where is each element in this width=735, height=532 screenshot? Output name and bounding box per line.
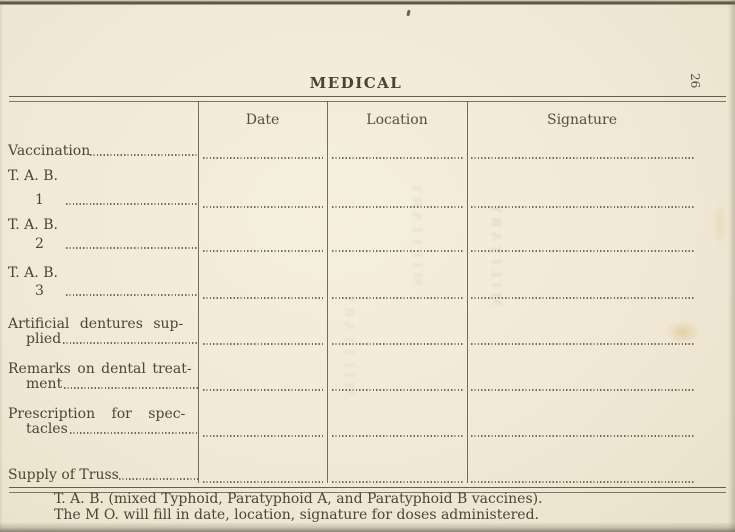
- row-label-text: tacles: [26, 422, 68, 437]
- double-rule-top: [9, 96, 726, 102]
- row-label-text: Prescription for spec-: [8, 407, 185, 422]
- dotted-leader: [63, 342, 198, 344]
- scan-right-edge: [728, 0, 735, 532]
- row-label: T. A. B. 2: [8, 218, 198, 252]
- scan-top-edge: [0, 0, 735, 6]
- location-entry-line: [332, 481, 463, 483]
- row-label-text: Remarks on dental treat-: [8, 362, 192, 377]
- location-entry-line: [332, 297, 463, 299]
- row-label: T. A. B. 3: [8, 266, 198, 299]
- row-label: Artificial dentures sup- plied: [8, 317, 198, 345]
- signature-entry-line: [471, 481, 694, 483]
- dotted-leader: [64, 387, 198, 389]
- location-entry-line: [332, 343, 463, 345]
- page-title: MEDICAL: [0, 74, 712, 92]
- date-entry-line: [203, 343, 323, 345]
- signature-entry-line: [471, 297, 694, 299]
- row-label-text: Artificial dentures sup-: [8, 317, 183, 332]
- row-label-text: T. A. B.: [8, 266, 58, 281]
- dotted-leader: [66, 247, 198, 249]
- date-entry-line: [203, 206, 323, 208]
- row-tab-3: T. A. B. 3: [0, 266, 735, 299]
- row-dental-remarks: Remarks on dental treat- ment: [0, 362, 735, 391]
- scan-left-edge: [0, 0, 3, 532]
- signature-entry-line: [471, 435, 694, 437]
- row-label-number: 2: [35, 237, 44, 252]
- footnote-mo-instruction: The M O. will fill in date, location, si…: [54, 508, 543, 524]
- row-vaccination: Vaccination: [0, 138, 735, 159]
- row-tab-2: T. A. B. 2: [0, 218, 735, 252]
- date-entry-line: [203, 250, 323, 252]
- signature-entry-line: [471, 343, 694, 345]
- scanned-medical-form-page: MILITARY MILITARY MILITARY MEDICAL 26 Da…: [0, 0, 735, 532]
- dotted-leader: [66, 203, 198, 205]
- dotted-leader: [66, 294, 198, 296]
- column-header-signature: Signature: [467, 112, 697, 128]
- stray-ink-mark: [406, 10, 410, 17]
- location-entry-line: [332, 157, 463, 159]
- row-label-number: 1: [35, 193, 44, 208]
- footnotes: T. A. B. (mixed Typhoid, Paratyphoid A, …: [54, 492, 543, 523]
- location-entry-line: [332, 389, 463, 391]
- row-label-text: T. A. B.: [8, 169, 58, 184]
- row-label: Remarks on dental treat- ment: [8, 362, 198, 391]
- row-label: Supply of Truss: [8, 463, 198, 483]
- date-entry-line: [203, 157, 323, 159]
- footnote-tab-definition: T. A. B. (mixed Typhoid, Paratyphoid A, …: [54, 492, 543, 508]
- signature-entry-line: [471, 157, 694, 159]
- row-label-text: T. A. B.: [8, 218, 58, 233]
- row-label: Prescription for spec- tacles: [8, 407, 198, 437]
- row-tab-1: T. A. B. 1: [0, 169, 735, 208]
- date-entry-line: [203, 435, 323, 437]
- date-entry-line: [203, 481, 323, 483]
- signature-entry-line: [471, 206, 694, 208]
- row-supply-of-truss: Supply of Truss: [0, 463, 735, 483]
- date-entry-line: [203, 389, 323, 391]
- row-label-text: Supply of Truss: [8, 468, 119, 483]
- signature-entry-line: [471, 389, 694, 391]
- row-label: Vaccination: [8, 138, 198, 159]
- location-entry-line: [332, 435, 463, 437]
- signature-entry-line: [471, 250, 694, 252]
- row-artificial-dentures: Artificial dentures sup- plied: [0, 317, 735, 345]
- dotted-leader: [90, 154, 198, 156]
- dotted-leader: [119, 478, 198, 480]
- date-entry-line: [203, 297, 323, 299]
- column-header-date: Date: [198, 112, 327, 128]
- row-label: T. A. B. 1: [8, 169, 198, 208]
- page-number: 26: [688, 73, 702, 95]
- row-label-text: plied: [26, 332, 61, 347]
- row-spectacles-prescription: Prescription for spec- tacles: [0, 407, 735, 437]
- row-label-text: ment: [26, 377, 62, 392]
- row-label-text: Vaccination: [8, 144, 90, 159]
- location-entry-line: [332, 250, 463, 252]
- column-header-location: Location: [327, 112, 467, 128]
- scan-bottom-edge: [0, 522, 735, 532]
- row-label-number: 3: [35, 284, 44, 299]
- location-entry-line: [332, 206, 463, 208]
- dotted-leader: [70, 432, 198, 434]
